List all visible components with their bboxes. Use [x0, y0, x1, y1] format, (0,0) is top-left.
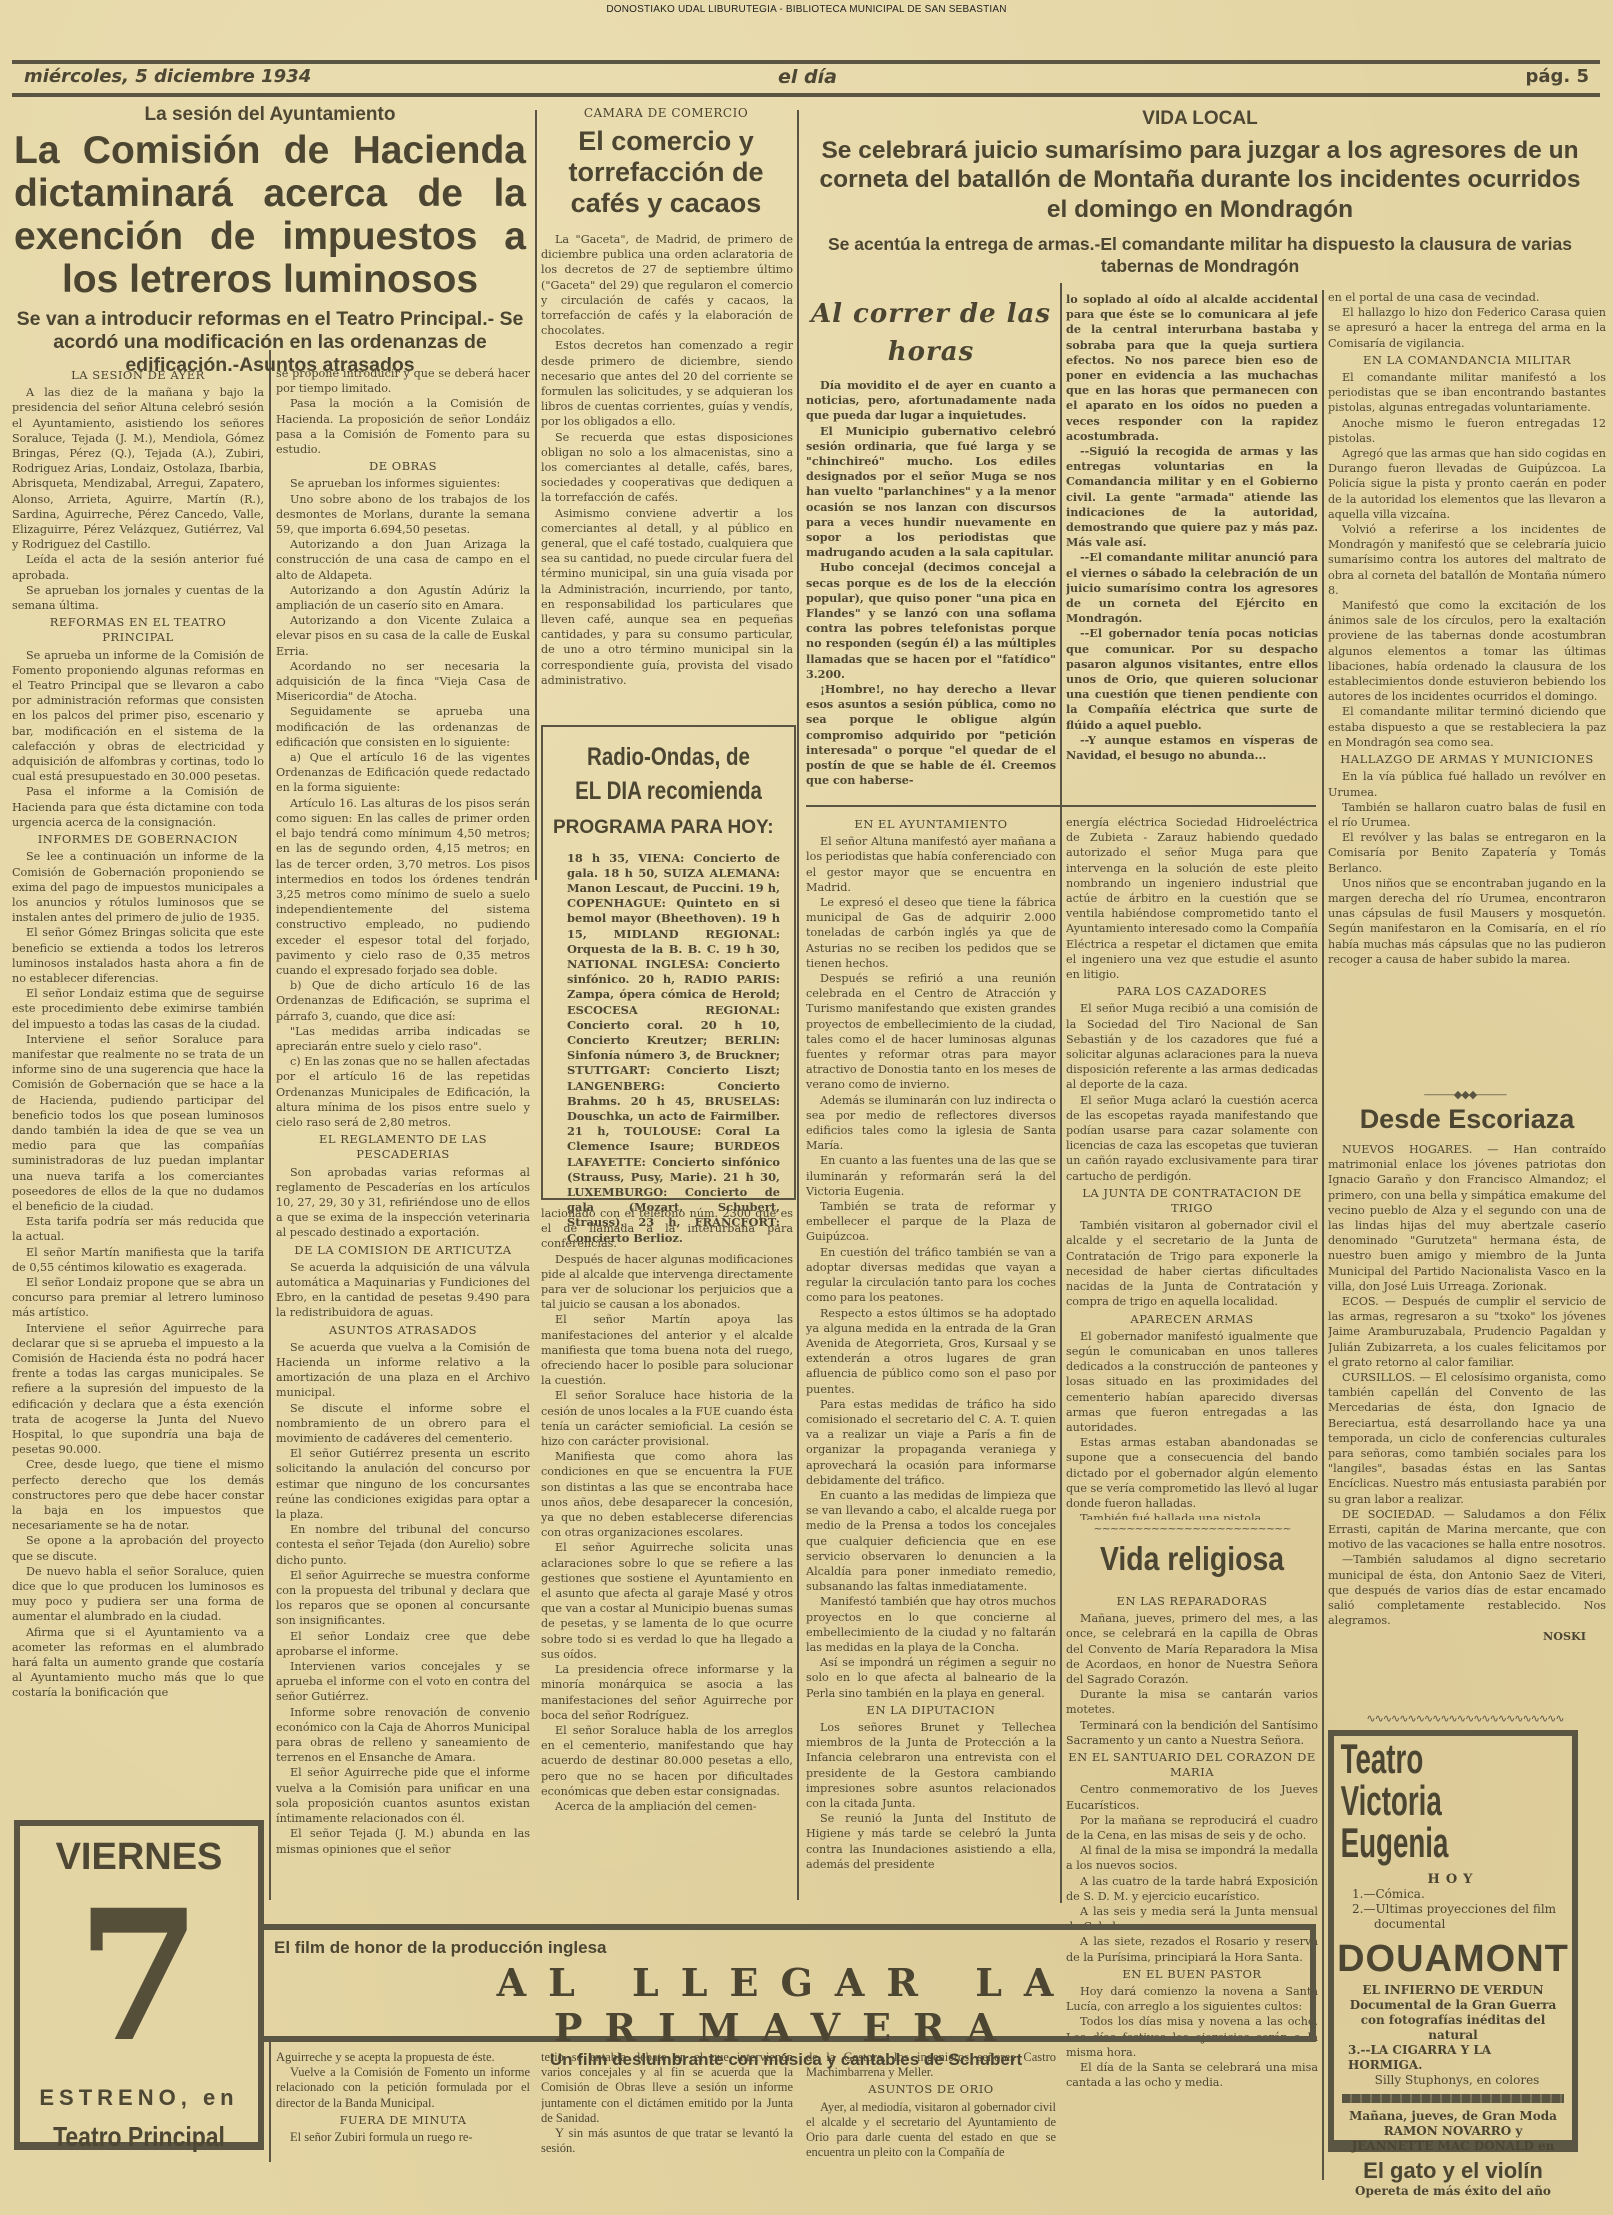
al-correr-column-2: lo soplado al oído al alcalde accidental…	[1066, 292, 1318, 787]
paragraph: Interviene el señor Soraluce para manife…	[12, 1032, 264, 1214]
paragraph: El señor Tejada (J. M.) abunda en las mi…	[276, 1826, 530, 1856]
paragraph: Se discute el informe sobre el nombramie…	[276, 1401, 530, 1447]
paragraph: Se aprueban los jornales y cuentas de la…	[12, 583, 264, 613]
subheading: EN EL SANTUARIO DEL CORAZON DE MARIA	[1066, 1750, 1318, 1780]
paragraph: El señor Gómez Bringas solicita que este…	[12, 925, 264, 986]
paragraph: El señor Zubiri formula un ruego re-	[276, 2130, 530, 2145]
paragraph: En nombre del tribunal del concurso cont…	[276, 1522, 530, 1568]
ad-feature-subtitle: EL INFIERNO DE VERDUN	[1334, 1983, 1572, 1998]
paragraph: Aguirreche y se acepta la propuesta de é…	[276, 2050, 530, 2065]
ayuntamiento-article-header: La sesión del Ayuntamiento La Comisión d…	[10, 104, 530, 378]
paragraph: El señor Martín manifiesta que la tarifa…	[12, 1245, 264, 1275]
paragraph: En cuanto a las fuentes una de las que s…	[806, 1153, 1056, 1199]
paragraph: La "Gaceta", de Madrid, de primero de di…	[541, 232, 793, 338]
ad-theatre-name: Teatro VictoriaEugenia	[1334, 1738, 1491, 1864]
column-divider	[1322, 290, 1324, 2180]
paragraph: Intervienen varios concejales y se aprue…	[276, 1659, 530, 1705]
subheading: EN EL AYUNTAMIENTO	[806, 817, 1056, 832]
article-headline: El comercio y torrefacción de cafés y ca…	[540, 126, 792, 219]
paragraph: Interviene el señor Aguirreche para decl…	[12, 1321, 264, 1458]
paragraph: El señor Muga recibió a una comisión de …	[1066, 1001, 1318, 1092]
article-kicker: La sesión del Ayuntamiento	[10, 104, 530, 126]
article-deck: Se acentúa la entrega de armas.-El coman…	[800, 234, 1600, 277]
paragraph: Volvió a referirse a los incidentes de M…	[1328, 522, 1606, 598]
paragraph: Anoche mismo le fueron entregadas 12 pis…	[1328, 416, 1606, 446]
subheading: EN LAS REPARADORAS	[1066, 1594, 1318, 1609]
paragraph: Estos decretos han comenzado a regir des…	[541, 338, 793, 429]
ayuntamiento-column-2: se propone introducir y que se deberá ha…	[276, 366, 530, 1900]
paragraph: Terminará con la bendición del Santísimo…	[1066, 1718, 1318, 1748]
ad-viernes-teatro-principal: VIERNES 7 ESTRENO, en Teatro Principal	[14, 1820, 264, 2150]
ad-al-llegar-la-primavera: El film de honor de la producción ingles…	[262, 1924, 1316, 2042]
ad-feature-description: Documental de la Gran Guerra con fotogra…	[1334, 1998, 1572, 2043]
paragraph: Hubo concejal (decimos concejal a secas …	[806, 560, 1056, 682]
comercio-article-header: CAMARA DE COMERCIO El comercio y torrefa…	[540, 104, 792, 219]
paragraph: Afirma que si el Ayuntamiento va a acome…	[12, 1625, 264, 1701]
column-divider	[269, 350, 271, 1900]
subheading: EN LA DIPUTACION	[806, 1703, 1056, 1718]
masthead: miércoles, 5 diciembre 1934 el día pág. …	[20, 64, 1595, 92]
paragraph: También se hallaron cuatro balas de fusi…	[1328, 800, 1606, 830]
paragraph: ECOS. — Después de cumplir el servicio d…	[1328, 1294, 1606, 1370]
bottom-column-2: terio se entabla debate en el que interv…	[541, 2050, 793, 2170]
paragraph: También visitaron al gobernador civil el…	[1066, 1218, 1318, 1309]
column-divider	[797, 110, 799, 1900]
paragraph: El señor Londaiz propone que se abra un …	[12, 1275, 264, 1321]
paragraph: en el portal de una casa de vecindad.	[1328, 290, 1606, 305]
paragraph: Después de hacer algunas modificaciones …	[541, 1252, 793, 1313]
ornament-divider: ∿∿∿∿∿∿∿∿∿∿∿∿∿∿∿∿∿∿∿∿∿∿∿∿	[1330, 1712, 1600, 1725]
paragraph: b) Que de dicho artículo 16 de las Orden…	[276, 978, 530, 1024]
paragraph: Acerca de la ampliación del cemen-	[541, 1799, 793, 1814]
ad-film-title: AL LLEGAR LA PRIMAVERA	[262, 1960, 1310, 2050]
paragraph: Esta tarifa podría ser más reducida que …	[12, 1214, 264, 1244]
paragraph: Además se iluminarán con luz indirecta o…	[806, 1093, 1056, 1154]
paragraph: Uno sobre abono de los trabajos de los d…	[276, 492, 530, 538]
subheading: LA SESION DE AYER	[12, 368, 264, 383]
paragraph: Al final de la misa se impondrá la medal…	[1066, 1843, 1318, 1873]
author-signature: NOSKI	[1328, 1629, 1606, 1644]
ad-film-tagline: El film de honor de la producción ingles…	[262, 1930, 1310, 1958]
paragraph: Leída el acta de la sesión anterior fué …	[12, 552, 264, 582]
ad-venue: Teatro Principal	[41, 2121, 236, 2153]
paragraph: Se lee a continuación un informe de la C…	[12, 849, 264, 925]
ad-theatre-name-line1: Teatro Victoria	[1341, 1735, 1442, 1824]
radio-program-box: Radio-Ondas, de EL DIA recomienda PROGRA…	[541, 725, 796, 1200]
page-number: pág. 5	[1525, 66, 1589, 87]
paragraph: Se acuerda que vuelva a la Comisión de H…	[276, 1340, 530, 1401]
paragraph: Manifiesta que como ahora las condicione…	[541, 1449, 793, 1540]
escoriaza-title: Desde Escoriaza	[1328, 1104, 1606, 1135]
subheading: DE OBRAS	[276, 459, 530, 474]
radio-subtitle: PROGRAMA PARA HOY:	[553, 817, 784, 839]
ad-tomorrow: Mañana, jueves, de Gran Moda RAMON NOVAR…	[1334, 2109, 1572, 2154]
paragraph: El señor Aguirreche se muestra conforme …	[276, 1568, 530, 1629]
paragraph: --El gobernador tenía pocas noticias que…	[1066, 626, 1318, 732]
subheading: DE LA COMISION DE ARTICUTZA	[276, 1243, 530, 1258]
paragraph: Autorizando a don Agustín Adúriz la ampl…	[276, 583, 530, 613]
paragraph: --El comandante militar anunció para el …	[1066, 550, 1318, 626]
paragraph: El señor Soraluce habla de los arreglos …	[541, 1723, 793, 1799]
paragraph: DE SOCIEDAD. — Saludamos a don Félix Err…	[1328, 1507, 1606, 1553]
paragraph: Se recuerda que estas disposiciones obli…	[541, 430, 793, 506]
paragraph: Durante la misa se cantarán varios motet…	[1066, 1687, 1318, 1717]
subheading: EL REGLAMENTO DE LAS PESCADERIAS	[276, 1132, 530, 1162]
column-divider	[535, 110, 537, 880]
paragraph: El comandante militar terminó diciendo q…	[1328, 704, 1606, 750]
vida-local-header: VIDA LOCAL Se celebrará juicio sumarísim…	[800, 104, 1600, 277]
paragraph: Después se refirió a una reunión celebra…	[806, 971, 1056, 1093]
subheading: FUERA DE MINUTA	[276, 2113, 530, 2128]
ad-item-2: 2.—Ultimas proyecciones del film	[1334, 1902, 1572, 1917]
vida-local-column-5: energía eléctrica Sociedad Hidroeléctric…	[1066, 815, 1318, 1520]
ad-estreno: ESTRENO, en	[20, 2085, 258, 2111]
paragraph: Son aprobadas varias reformas al reglame…	[276, 1165, 530, 1241]
paragraph: Cree, desde luego, que tiene el mismo pe…	[12, 1457, 264, 1533]
paragraph: "Las medidas arriba indicadas se aprecia…	[276, 1024, 530, 1054]
paragraph: A las cuatro de la tarde habrá Exposició…	[1066, 1874, 1318, 1904]
ad-today-label: HOY	[1334, 1872, 1572, 1887]
paragraph: Agregó que las armas que han sido cogida…	[1328, 446, 1606, 522]
paragraph: Manifestó que como la excitación de los …	[1328, 598, 1606, 704]
paragraph: El gobernador manifestó igualmente que s…	[1066, 1329, 1318, 1435]
paragraph: El revólver y las balas se entregaron en…	[1328, 830, 1606, 876]
paragraph: Ayer, al mediodía, visitaron al gobernad…	[806, 2100, 1056, 2161]
paragraph: Mañana, jueves, primero del mes, a las o…	[1066, 1611, 1318, 1687]
paragraph: Centro conmemorativo de los Jueves Eucar…	[1066, 1782, 1318, 1812]
masthead-rule-bottom	[12, 93, 1600, 97]
ad-day-number: 7	[20, 1887, 258, 2067]
paragraph: Se aprueba un informe de la Comisión de …	[12, 648, 264, 785]
paragraph: Se reunió la Junta del Instituto de Higi…	[806, 1811, 1056, 1872]
paragraph: terio se entabla debate en el que interv…	[541, 2050, 793, 2126]
ad-tomorrow-film: El gato y el violín	[1334, 2158, 1572, 2184]
subheading: ASUNTOS DE ORIO	[806, 2082, 1056, 2097]
paragraph: --Siguió la recogida de armas y las entr…	[1066, 444, 1318, 550]
subheading: ASUNTOS ATRASADOS	[276, 1323, 530, 1338]
subheading: INFORMES DE GOBERNACION	[12, 832, 264, 847]
paragraph: La presidencia ofrece informarse y la mi…	[541, 1662, 793, 1723]
paragraph: --Y aunque estamos en vísperas de Navida…	[1066, 733, 1318, 763]
article-headline: La Comisión de Hacienda dictaminará acer…	[10, 130, 530, 302]
ad-item-1: 1.—Cómica.	[1334, 1887, 1572, 1902]
subheading: LA JUNTA DE CONTRATACION DE TRIGO	[1066, 1186, 1318, 1216]
library-credit: DONOSTIAKO UDAL LIBURUTEGIA - BIBLIOTECA…	[0, 4, 1613, 15]
paragraph: El señor Soraluce hace historia de la ce…	[541, 1388, 793, 1449]
article-headline: Se celebrará juicio sumarísimo para juzg…	[800, 136, 1600, 224]
paragraph: Respecto a estos últimos se ha adoptado …	[806, 1306, 1056, 1397]
paragraph: El señor Gutiérrez presenta un escrito s…	[276, 1446, 530, 1522]
paragraph: Artículo 16. Las alturas de los pisos se…	[276, 796, 530, 978]
article-kicker: CAMARA DE COMERCIO	[540, 106, 792, 120]
paragraph: El señor Martín apoya las manifestacione…	[541, 1312, 793, 1388]
paragraph: NUEVOS HOGARES. — Han contraído matrimon…	[1328, 1142, 1606, 1294]
paragraph: se propone introducir y que se deberá ha…	[276, 366, 530, 396]
paragraph: En cuanto a las medidas de limpieza que …	[806, 1488, 1056, 1594]
paragraph: Le expresó el deseo que tiene la fábrica…	[806, 895, 1056, 971]
paragraph: c) En las zonas que no se hallen afectad…	[276, 1054, 530, 1130]
paragraph: a) Que el artículo 16 de las vigentes Or…	[276, 750, 530, 796]
paragraph: lacionado con el teléfono núm. 2300 que …	[541, 1206, 793, 1252]
paragraph: En la vía pública fué hallado un revólve…	[1328, 769, 1606, 799]
paragraph: El señor Muga aclaró la cuestión acerca …	[1066, 1093, 1318, 1184]
comercio-body: La "Gaceta", de Madrid, de primero de di…	[541, 232, 793, 712]
bottom-column-3: de la Gestora, los ingenieros señores Ca…	[806, 2050, 1056, 2170]
ornament-divider: ~~~~~~~~~~~~~~~~~~~~~~~~	[1066, 1522, 1318, 1535]
paragraph: Y sin más asuntos de que tratar se levan…	[541, 2126, 793, 2156]
paragraph: De nuevo habla el señor Soraluce, quien …	[12, 1564, 264, 1625]
paragraph: También fué hallada una pistola	[1066, 1511, 1318, 1520]
vida-religiosa-body: EN LAS REPARADORASMañana, jueves, primer…	[1066, 1592, 1318, 2212]
ornament-divider: ———◆◆◆———	[1330, 1088, 1600, 1101]
subheading: APARECEN ARMAS	[1066, 1312, 1318, 1327]
paragraph: El señor Aguirreche pide que el informe …	[276, 1765, 530, 1826]
paragraph: El Municipio gubernativo celebró sesión …	[806, 424, 1056, 561]
paragraph: A las diez de la mañana y bajo la presid…	[12, 385, 264, 552]
paragraph: El comandante militar manifestó a los pe…	[1328, 370, 1606, 416]
sesion-continuation-column: lacionado con el teléfono núm. 2300 que …	[541, 1206, 793, 1896]
paragraph: energía eléctrica Sociedad Hidroeléctric…	[1066, 815, 1318, 982]
paragraph: Día movidito el de ayer en cuanto a noti…	[806, 378, 1056, 424]
vida-religiosa-title: Vida religiosa	[1084, 1540, 1301, 1578]
vida-local-column-6: en el portal de una casa de vecindad.El …	[1328, 290, 1606, 1080]
ad-teatro-victoria-eugenia: Teatro VictoriaEugenia HOY 1.—Cómica. 2.…	[1328, 1730, 1578, 2152]
escoriaza-body: NUEVOS HOGARES. — Han contraído matrimon…	[1328, 1142, 1606, 1702]
paragraph: El hallazgo lo hizo don Federico Carasa …	[1328, 305, 1606, 351]
paragraph: Asimismo conviene advertir a los comerci…	[541, 506, 793, 688]
subheading: HALLAZGO DE ARMAS Y MUNICIONES	[1328, 752, 1606, 767]
paragraph: El señor Londaiz cree que debe aprobarse…	[276, 1629, 530, 1659]
al-correr-title: Al correr de las horas	[806, 296, 1056, 371]
paragraph: Autorizando a don Juan Arizaga la constr…	[276, 537, 530, 583]
subheading: REFORMAS EN EL TEATRO PRINCIPAL	[12, 615, 264, 645]
ad-theatre-name-line2: Eugenia	[1341, 1819, 1449, 1866]
paragraph: También se trata de reformar y embellece…	[806, 1199, 1056, 1245]
paragraph: Pasa la moción a la Comisión de Hacienda…	[276, 396, 530, 457]
paragraph: Para estas medidas de tráfico ha sido co…	[806, 1397, 1056, 1488]
bottom-column-1: Aguirreche y se acepta la propuesta de é…	[276, 2050, 530, 2170]
ad-item-3: 3.--LA CIGARRA Y LA HORMIGA.	[1334, 2043, 1572, 2073]
ad-item-3b: Silly Stuphonys, en colores	[1334, 2073, 1572, 2088]
paragraph: Pasa el informe a la Comisión de Haciend…	[12, 784, 264, 830]
paragraph: Vuelve a la Comisión de Fomento un infor…	[276, 2065, 530, 2111]
paragraph: Por la mañana se reproducirá el cuadro d…	[1066, 1813, 1318, 1843]
paragraph: de la Gestora, los ingenieros señores Ca…	[806, 2050, 1056, 2080]
ad-feature-title: DOUAMONT	[1334, 1938, 1572, 1981]
paragraph: Seguidamente se aprueba una modificación…	[276, 704, 530, 750]
column-divider	[1060, 283, 1062, 1903]
paragraph: El señor Aguirreche solicita unas aclara…	[541, 1540, 793, 1662]
paragraph: El señor Londaiz estima que de seguirse …	[12, 986, 264, 1032]
paragraph: En cuestión del tráfico también se van a…	[806, 1245, 1056, 1306]
en-el-ayuntamiento-column: EN EL AYUNTAMIENTOEl señor Altuna manife…	[806, 815, 1056, 1900]
ad-item-2b: documental	[1334, 1917, 1572, 1932]
paragraph: Unos niños que se encontraban jugando en…	[1328, 876, 1606, 967]
paragraph: ¡Hombre!, no hay derecho a llevar esos a…	[806, 682, 1056, 788]
radio-title: Radio-Ondas, de EL DIA recomienda	[574, 741, 763, 809]
paragraph: Autorizando a don Vicente Zulaica a elev…	[276, 613, 530, 659]
paragraph: Los señores Brunet y Tellechea miembros …	[806, 1720, 1056, 1811]
paragraph: Se aprueban los informes siguientes:	[276, 476, 530, 491]
paragraph: Informe sobre renovación de convenio eco…	[276, 1705, 530, 1766]
column-divider	[269, 2042, 271, 2162]
ayuntamiento-column-1: LA SESION DE AYERA las diez de la mañana…	[12, 366, 264, 1900]
subheading: PARA LOS CAZADORES	[1066, 984, 1318, 999]
paragraph: CURSILLOS. — El celosísimo organista, co…	[1328, 1370, 1606, 1507]
paragraph: lo soplado al oído al alcalde accidental…	[1066, 292, 1318, 444]
paragraph: Así se impondrá un régimen a seguir no s…	[806, 1655, 1056, 1701]
newspaper-name: el día	[20, 66, 1595, 88]
al-correr-column-1: Día movidito el de ayer en cuanto a noti…	[806, 378, 1056, 798]
paragraph: —También saludamos al digno secretario m…	[1328, 1552, 1606, 1628]
ad-tomorrow-tagline: Opereta de más éxito del año	[1334, 2184, 1572, 2199]
paragraph: El señor Altuna manifestó ayer mañana a …	[806, 834, 1056, 895]
paragraph: Estas armas estaban abandonadas se supon…	[1066, 1435, 1318, 1511]
radio-program-text: 18 h 35, VIENA: Concierto de gala. 18 h …	[553, 851, 784, 1246]
section-kicker: VIDA LOCAL	[800, 108, 1600, 130]
ad-divider-band	[1342, 2094, 1564, 2103]
subheading: EN LA COMANDANCIA MILITAR	[1328, 353, 1606, 368]
paragraph: Se opone a la aprobación del proyecto qu…	[12, 1533, 264, 1563]
paragraph: Acordando no ser necesaria la adquisició…	[276, 659, 530, 705]
paragraph: Se acuerda la adquisición de una válvula…	[276, 1260, 530, 1321]
paragraph: Manifestó también que hay otros muchos p…	[806, 1594, 1056, 1655]
section-rule	[806, 805, 1316, 807]
